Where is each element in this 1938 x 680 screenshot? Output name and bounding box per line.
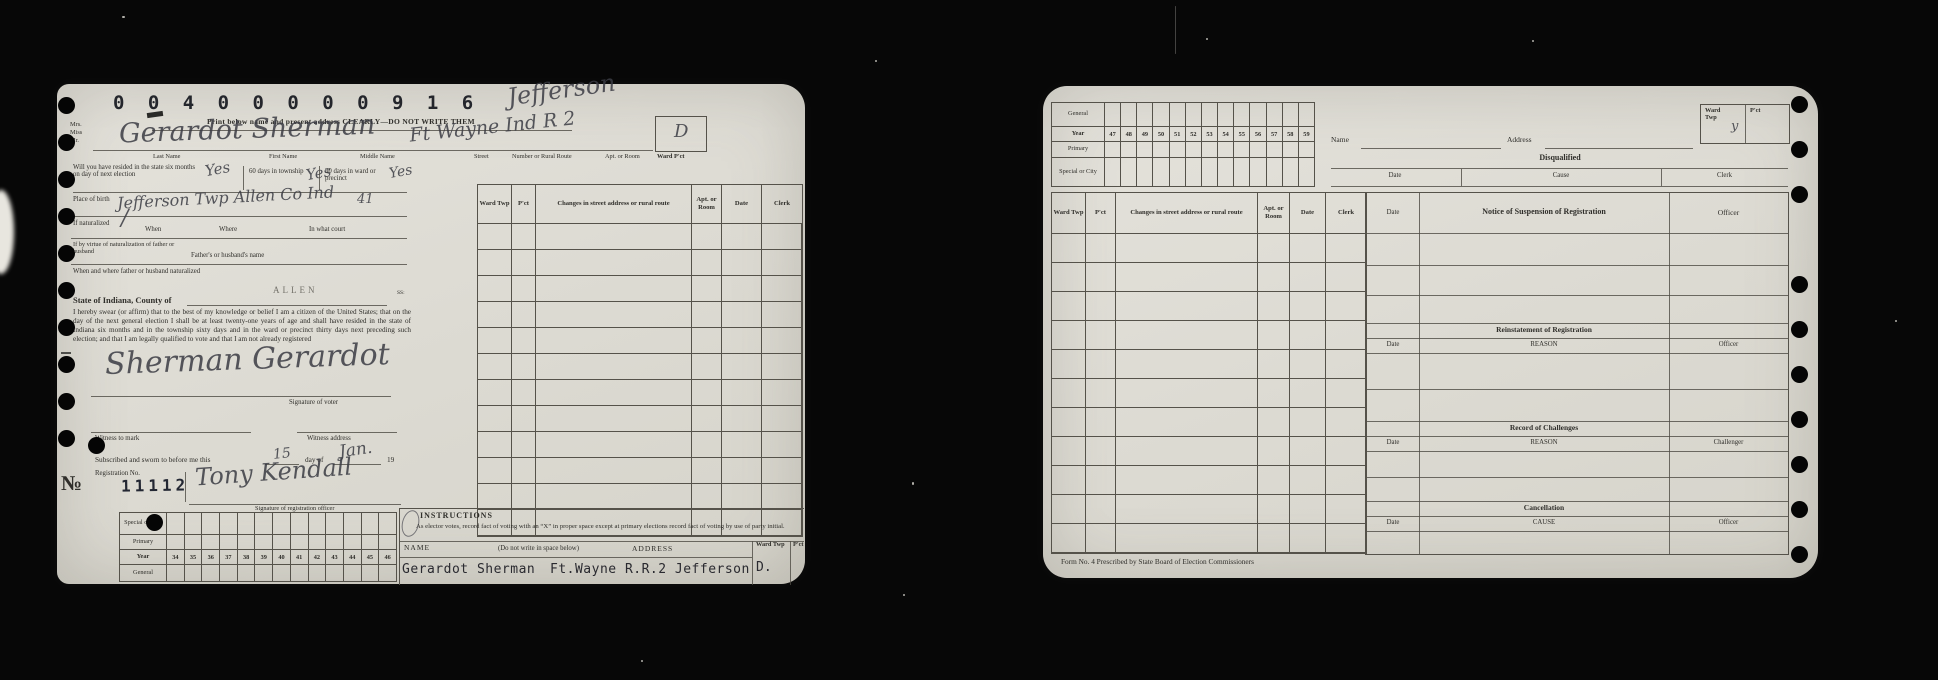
table-cell	[1052, 292, 1086, 321]
film-speck	[1532, 40, 1534, 42]
table-cell	[722, 224, 762, 250]
table-cell	[1326, 263, 1366, 292]
table-cell	[478, 302, 512, 328]
label-ward-pct: Ward P'ct	[657, 154, 684, 161]
table-cell	[1052, 466, 1086, 495]
grid-cell	[202, 565, 220, 581]
table-cell	[692, 432, 722, 458]
table-cell	[1052, 437, 1086, 466]
row-rule	[1367, 265, 1788, 266]
signature-rule	[91, 396, 391, 397]
grid-cell	[309, 535, 327, 549]
label-officer: Officer	[1669, 209, 1788, 217]
label-date: Date	[1367, 209, 1419, 216]
grid-cell	[326, 535, 344, 549]
grid-cell	[1153, 142, 1169, 157]
label-name-typed: NAME	[404, 544, 430, 552]
table-cell	[1116, 263, 1258, 292]
table-cell	[692, 458, 722, 484]
table-cell	[722, 484, 762, 510]
table-cell	[1116, 495, 1258, 524]
label-where: Where	[219, 226, 237, 233]
table-cell	[692, 354, 722, 380]
table-cell	[1290, 350, 1326, 379]
table-cell	[536, 250, 692, 276]
punch-hole	[1791, 501, 1808, 518]
label-ward-twp-col: Ward Twp	[756, 542, 786, 549]
grid-cell	[344, 535, 362, 549]
sworn-year: 19	[387, 456, 394, 464]
table-cell	[1086, 408, 1116, 437]
grid-cell	[238, 565, 256, 581]
table-cell	[722, 302, 762, 328]
disqualified-rule	[1331, 168, 1788, 169]
label-pct-col: P'ct	[793, 542, 805, 549]
film-speck	[1206, 38, 1208, 40]
grid-cell	[1299, 158, 1314, 186]
vote-record-grid-back: General Year 47484950515253545556575859 …	[1051, 102, 1315, 187]
row-rule	[1367, 295, 1788, 296]
grid-cell	[1105, 142, 1121, 157]
row-rule	[1367, 501, 1788, 502]
vote-row-label: General	[120, 565, 167, 581]
table-cell	[1258, 437, 1290, 466]
vote-row-special: Special or City	[1052, 158, 1314, 186]
table-cell	[1086, 379, 1116, 408]
table-cell	[1326, 379, 1366, 408]
punch-hole	[58, 319, 75, 336]
grid-cell	[1202, 158, 1218, 186]
row-rule	[1367, 323, 1788, 324]
grid-cell	[1137, 158, 1153, 186]
witness-address-rule	[297, 432, 397, 433]
row-rule	[71, 238, 407, 239]
table-cell	[1116, 466, 1258, 495]
grid-cell	[1137, 103, 1153, 126]
table-cell	[1116, 350, 1258, 379]
label-last-name: Last Name	[153, 154, 180, 161]
table-cell	[1258, 263, 1290, 292]
table-cell	[1116, 408, 1258, 437]
table-cell	[1258, 524, 1290, 553]
grid-cell	[1250, 158, 1266, 186]
grid-cell	[379, 565, 396, 581]
table-cell	[722, 328, 762, 354]
label-cause: CAUSE	[1419, 519, 1669, 526]
instructions-divider	[790, 541, 791, 585]
grid-cell	[291, 565, 309, 581]
typed-voter-address: Ft.Wayne R.R.2 Jefferson	[550, 563, 750, 577]
table-cell	[1052, 350, 1086, 379]
ward-pct-box: Ward Twp P'ct y	[1700, 104, 1790, 144]
margin-dash	[61, 352, 71, 354]
table-cell	[1086, 466, 1116, 495]
vote-row-label: Year	[120, 550, 167, 564]
vote-row-primary: Primary	[120, 535, 396, 550]
label-place-of-birth: Place of birth	[73, 196, 113, 203]
section-divider	[1669, 193, 1670, 554]
label-signature-of-voter: Signature of voter	[289, 399, 338, 406]
table-cell	[1258, 379, 1290, 408]
challenges-title: Record of Challenges	[1419, 424, 1669, 432]
grid-cell	[220, 565, 238, 581]
table-cell	[762, 484, 802, 510]
address-rule	[1545, 148, 1693, 149]
table-cell	[1052, 495, 1086, 524]
table-cell	[722, 432, 762, 458]
grid-cell	[185, 535, 203, 549]
grid-cell	[1121, 103, 1137, 126]
label-fathers-name: Father's or husband's name	[191, 252, 264, 259]
punch-hole	[58, 171, 75, 188]
table-cell	[1052, 524, 1086, 553]
table-cell	[512, 328, 536, 354]
disqualified-bottom-rule	[1331, 186, 1788, 187]
handwritten-birth-number: 41	[357, 192, 374, 207]
voter-card-back: General Year 47484950515253545556575859 …	[1043, 86, 1818, 578]
instructions-rule	[400, 541, 804, 542]
registration-divider	[185, 472, 186, 502]
table-cell	[1052, 379, 1086, 408]
grid-cell	[1267, 103, 1283, 126]
table-cell	[478, 354, 512, 380]
table-cell	[692, 328, 722, 354]
punch-hole	[58, 245, 75, 262]
label-first-name: First Name	[269, 154, 297, 161]
table-cell	[762, 224, 802, 250]
table-cell	[692, 224, 722, 250]
typed-voter-name: Gerardot Sherman	[402, 563, 535, 577]
table-cell	[1290, 263, 1326, 292]
table-cell	[1116, 321, 1258, 350]
grid-cell	[273, 565, 291, 581]
table-cell	[1326, 524, 1366, 553]
row-rule	[71, 264, 407, 265]
row-rule	[1367, 477, 1788, 478]
table-cell	[478, 458, 512, 484]
table-cell	[1290, 234, 1326, 263]
table-cell	[1258, 495, 1290, 524]
table-cell	[1258, 350, 1290, 379]
grid-cell	[1137, 142, 1153, 157]
table-cell	[478, 380, 512, 406]
table-cell	[512, 224, 536, 250]
table-cell	[1116, 234, 1258, 263]
grid-cell	[167, 565, 185, 581]
name-rule	[93, 150, 653, 151]
grid-cell	[255, 535, 273, 549]
section-rule	[1367, 338, 1788, 339]
table-cell	[1326, 350, 1366, 379]
handwritten-birthplace: Jefferson Twp Allen Co Ind	[117, 182, 335, 212]
film-speck	[912, 482, 914, 485]
label-clerk: Clerk	[1661, 172, 1788, 179]
film-scratch	[1175, 6, 1176, 54]
label-reason: REASON	[1419, 439, 1669, 446]
table-cell	[536, 458, 692, 484]
label-officer: Officer	[1669, 519, 1788, 526]
grid-cell	[1283, 103, 1299, 126]
grid-cell	[326, 565, 344, 581]
instructions-text: As elector votes, record fact of voting …	[416, 523, 798, 531]
grid-cell	[379, 513, 396, 534]
table-cell	[722, 458, 762, 484]
label-cause: Cause	[1461, 172, 1661, 179]
grid-cell	[1234, 103, 1250, 126]
punch-hole	[1791, 141, 1808, 158]
grid-cell	[167, 535, 185, 549]
grid-cell	[362, 535, 380, 549]
punch-hole	[1791, 456, 1808, 473]
table-cell	[1290, 379, 1326, 408]
label-if-naturalized: If naturalized	[73, 220, 117, 227]
county-rule	[187, 305, 387, 306]
row-rule	[1367, 531, 1788, 532]
grid-cell	[1283, 158, 1299, 186]
grid-cell	[1170, 158, 1186, 186]
table-cell	[762, 276, 802, 302]
film-speck	[641, 660, 643, 662]
table-cell	[762, 302, 802, 328]
table-cell	[536, 432, 692, 458]
table-cell	[536, 302, 692, 328]
table-cell	[1086, 321, 1116, 350]
row-rule	[1367, 233, 1788, 234]
grid-cell	[1202, 142, 1218, 157]
row-rule	[1367, 353, 1788, 354]
table-cell	[722, 354, 762, 380]
label-disqualified: Disqualified	[1331, 154, 1789, 163]
table-cell	[536, 354, 692, 380]
grid-cell	[1267, 158, 1283, 186]
label-number-rural-route: Number or Rural Route	[512, 154, 572, 161]
grid-cell	[1234, 142, 1250, 157]
punch-hole	[58, 97, 75, 114]
instructions-box: INSTRUCTIONS As elector votes, record fa…	[399, 508, 804, 585]
table-cell	[478, 224, 512, 250]
ward-box-divider	[1745, 105, 1746, 143]
film-speck	[122, 16, 125, 18]
label-date: Date	[1367, 519, 1419, 526]
grid-cell	[1202, 103, 1218, 126]
grid-cell	[1170, 103, 1186, 126]
grid-cell	[255, 565, 273, 581]
table-cell	[1052, 234, 1086, 263]
label-street: Street	[474, 154, 489, 161]
table-cell	[1258, 466, 1290, 495]
changes-table-body	[478, 224, 802, 536]
label-apt-room: Apt. or Room	[605, 154, 640, 161]
table-cell	[512, 302, 536, 328]
table-cell	[1326, 234, 1366, 263]
table-cell	[692, 380, 722, 406]
table-cell	[1258, 321, 1290, 350]
table-cell	[1086, 234, 1116, 263]
grid-cell	[255, 513, 273, 534]
table-cell	[762, 458, 802, 484]
vote-row-general: General	[120, 565, 396, 581]
grid-cell	[1153, 158, 1169, 186]
cancellation-title: Cancellation	[1419, 504, 1669, 512]
vote-row-label: Primary	[1052, 142, 1105, 157]
grid-cell	[1121, 142, 1137, 157]
punch-hole	[88, 437, 105, 454]
punch-hole	[1791, 546, 1808, 563]
table-cell	[512, 354, 536, 380]
vote-row-general: General	[1052, 103, 1314, 127]
vote-row-label: Year	[1052, 127, 1105, 141]
grid-cell	[167, 513, 185, 534]
grid-cell	[309, 513, 327, 534]
table-cell	[762, 250, 802, 276]
table-cell	[762, 406, 802, 432]
grid-cell	[1299, 142, 1314, 157]
table-cell	[512, 458, 536, 484]
label-date: Date	[1331, 172, 1459, 179]
table-cell	[512, 250, 536, 276]
section-divider	[1419, 193, 1420, 554]
punch-hole	[1791, 411, 1808, 428]
grid-cell	[185, 565, 203, 581]
vote-row-label: Special or City	[1052, 158, 1105, 186]
instructions-rule	[400, 557, 752, 558]
grid-cell	[220, 513, 238, 534]
table-cell	[1116, 524, 1258, 553]
reinstatement-title: Reinstatement of Registration	[1419, 326, 1669, 334]
table-cell	[1290, 321, 1326, 350]
table-cell	[1116, 437, 1258, 466]
table-cell	[536, 276, 692, 302]
punch-hole	[1791, 321, 1808, 338]
handwritten-county-top: Jefferson	[506, 69, 618, 112]
table-cell	[1052, 263, 1086, 292]
table-cell	[1290, 495, 1326, 524]
table-cell	[1326, 466, 1366, 495]
grid-cell	[202, 535, 220, 549]
table-cell	[1086, 350, 1116, 379]
question-residency-state: Will you have resided in the state six m…	[73, 164, 201, 179]
salutation-mrs: Mrs.	[70, 122, 82, 129]
grid-cell	[379, 535, 396, 549]
handwritten-ward-value: D	[674, 121, 688, 142]
punch-hole	[58, 134, 75, 151]
year-cells: 34353637383940414243444546	[167, 550, 396, 564]
section-rule	[1367, 516, 1788, 517]
grid-cell	[238, 535, 256, 549]
row-rule	[1367, 421, 1788, 422]
table-cell	[1086, 263, 1116, 292]
label-challenger: Challenger	[1669, 439, 1788, 446]
table-cell	[1290, 292, 1326, 321]
table-cell	[1258, 234, 1290, 263]
table-cell	[692, 276, 722, 302]
table-cell	[512, 484, 536, 510]
microfilm-scan: 0 0 4 0 0 0 0 0 9 1 6 Print below name a…	[0, 0, 1938, 680]
grid-cell	[1250, 103, 1266, 126]
table-cell	[692, 302, 722, 328]
row-rule	[1367, 389, 1788, 390]
table-cell	[478, 484, 512, 510]
grid-cell	[1299, 103, 1314, 126]
table-cell	[1116, 379, 1258, 408]
table-cell	[478, 328, 512, 354]
vote-row-year: Year 47484950515253545556575859	[1052, 127, 1314, 142]
grid-cell	[1121, 158, 1137, 186]
grid-cell	[1153, 103, 1169, 126]
grid-cell	[1186, 103, 1202, 126]
grid-cell	[238, 513, 256, 534]
table-cell	[536, 406, 692, 432]
row-rule	[1367, 451, 1788, 452]
grid-cell	[291, 535, 309, 549]
punch-hole	[58, 430, 75, 447]
table-cell	[512, 406, 536, 432]
handwritten-ward-mark: y	[1731, 119, 1738, 134]
question-ward: 30 days in ward or precinct	[325, 168, 393, 183]
grid-cell	[273, 535, 291, 549]
table-cell	[762, 354, 802, 380]
table-cell	[478, 250, 512, 276]
table-cell	[1086, 292, 1116, 321]
table-cell	[536, 328, 692, 354]
table-cell	[512, 276, 536, 302]
table-cell	[692, 484, 722, 510]
table-cell	[722, 276, 762, 302]
label-officer: Officer	[1669, 341, 1788, 348]
table-cell	[1326, 437, 1366, 466]
punch-hole	[1791, 96, 1808, 113]
grid-cell	[220, 535, 238, 549]
label-name: Name	[1331, 136, 1349, 144]
film-speck	[875, 60, 877, 62]
table-cell	[478, 432, 512, 458]
grid-cell	[291, 513, 309, 534]
label-do-not-write: (Do not write in space below)	[498, 545, 579, 552]
table-cell	[722, 250, 762, 276]
grid-cell	[309, 565, 327, 581]
witness-rule	[91, 432, 251, 433]
table-cell	[762, 328, 802, 354]
table-cell	[1258, 408, 1290, 437]
table-cell	[1326, 408, 1366, 437]
changes-table-back: Ward Twp P'ct Changes in street address …	[1051, 192, 1367, 554]
punch-hole	[1791, 276, 1808, 293]
film-blob	[0, 190, 14, 274]
table-cell	[536, 224, 692, 250]
year-cells: 47484950515253545556575859	[1105, 127, 1314, 141]
table-cell	[1290, 524, 1326, 553]
grid-cell	[1186, 158, 1202, 186]
changes-table-header: Ward Twp P'ct Changes in street address …	[478, 185, 802, 224]
table-cell	[692, 250, 722, 276]
table-cell	[1086, 524, 1116, 553]
table-cell	[1086, 495, 1116, 524]
table-cell	[722, 406, 762, 432]
film-speck	[1895, 320, 1897, 322]
label-in-what-court: In what court	[309, 226, 345, 233]
registration-number-stamp: 11112	[121, 475, 189, 495]
table-cell	[1290, 408, 1326, 437]
voter-card-front: 0 0 4 0 0 0 0 0 9 1 6 Print below name a…	[57, 84, 805, 584]
handwritten-naturalized-mark: /	[121, 206, 128, 231]
changes-table-header: Ward Twp P'ct Changes in street address …	[1052, 193, 1366, 234]
instructions-divider	[752, 541, 753, 585]
changes-table-front: Ward Twp P'ct Changes in street address …	[477, 184, 803, 537]
table-cell	[1326, 292, 1366, 321]
handwritten-answer-ward: Yes	[388, 162, 414, 182]
affidavit-heading: State of Indiana, County of	[73, 296, 171, 305]
table-cell	[1052, 321, 1086, 350]
